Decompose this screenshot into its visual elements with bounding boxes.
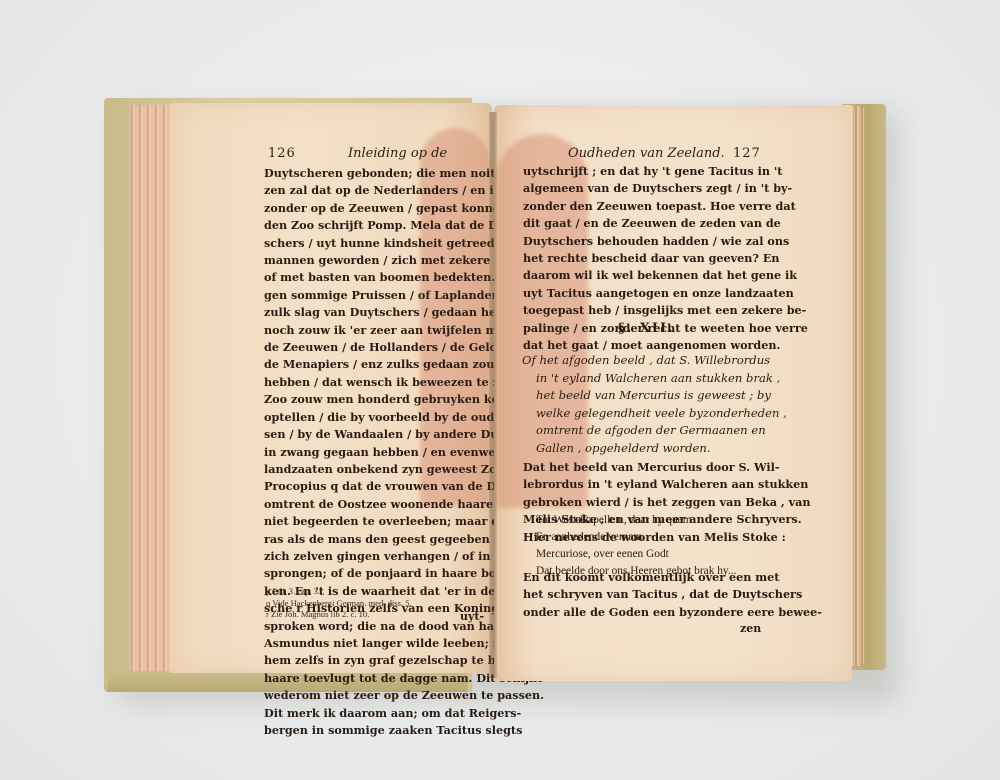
- page-block-edges-left: [130, 105, 174, 671]
- footnote: q Vide Hackenbergi German. med. diss. 5.: [266, 598, 412, 610]
- text-line: gen sommige Pruissen / of Laplanders / o…: [264, 287, 486, 304]
- text-line: Duytschers behouden hadden / wie zal ons: [523, 233, 759, 250]
- text-line: Asmundus niet langer wilde leeben; maar …: [264, 635, 486, 652]
- left-page-body: Duytscheren gebonden; die men noit bewij…: [264, 165, 486, 739]
- title-line: in 't eyland Walcheren aan stukken brak …: [522, 370, 787, 388]
- text-line: den Zoo schrijft Pomp. Mela dat de Duyt-: [264, 217, 486, 234]
- text-line: zen zal dat op de Nederlanders / en in '…: [264, 182, 486, 199]
- text-line: zonder op de Zeeuwen / gepast konnen wor…: [264, 200, 486, 217]
- text-line: uyt Tacitus aangetogen en onze landzaate…: [523, 285, 759, 302]
- footnote: r Zie Joh. Magnus lib 2. c. 10.: [266, 609, 412, 621]
- title-line: Gallen , opgehelderd worden.: [522, 440, 787, 458]
- text-line: mannen geworden / zich met zekere rokken: [264, 252, 486, 269]
- right-catchword: zen: [740, 622, 761, 635]
- title-line: het beeld van Mercurius is geweest ; by: [522, 387, 787, 405]
- text-line: het rechte bescheid daar van geeven? En: [523, 250, 759, 267]
- text-line: lebrordus in 't eyland Walcheren aan stu…: [523, 476, 759, 493]
- verse-line: Tot West-Kapellen , daar hy quam: [536, 512, 736, 529]
- text-line: Dat het beeld van Mercurius door S. Wil-: [523, 459, 759, 476]
- text-line: algemeen van de Duytschers zegt / in 't …: [523, 180, 759, 197]
- section-number: §. XII.: [618, 321, 675, 336]
- text-line: daarom wil ik wel bekennen dat het gene …: [523, 267, 759, 284]
- text-line: niet begeerden te overleeben; maar dat z…: [264, 513, 486, 530]
- text-line: En dit koomt volkomentlijk over een met: [523, 569, 759, 586]
- left-footnotes: p Lib. 3. cap. 3. q Vide Hackenbergi Ger…: [266, 586, 412, 621]
- text-line: in zwang gegaan hebben / en evenwel by o…: [264, 444, 486, 461]
- text-line: gebroken wierd / is het zeggen van Beka …: [523, 494, 759, 511]
- title-line: welke gelegendheit veele byzonderheden ,: [522, 405, 787, 423]
- title-line: Of het afgoden beeld , dat S. Willebrord…: [522, 352, 787, 370]
- title-line: omtrent de afgoden der Germaanen en: [522, 422, 787, 440]
- text-line: dit gaat / en de Zeeuwen de zeden van de: [523, 215, 759, 232]
- text-line: omtrent de Oostzee woonende haare mannen: [264, 496, 486, 513]
- left-catchword: uyt-: [460, 610, 484, 623]
- text-line: Dit merk ik daarom aan; om dat Reigers-: [264, 705, 486, 722]
- text-line: de Zeeuwen / de Hollanders / de Geldersc…: [264, 339, 486, 356]
- text-line: Zoo zouw men honderd gebruyken konnen: [264, 391, 486, 408]
- right-page-number: 127: [733, 146, 761, 161]
- text-line: of met basten van boomen bedekten. Dat m…: [264, 269, 486, 286]
- text-line: landzaaten onbekend zyn geweest Zoo schr…: [264, 461, 486, 478]
- text-line: haare toevlugt tot de dagge nam. Dit sch…: [264, 670, 486, 687]
- text-line: toegepast heb / insgelijks met een zeker…: [523, 302, 759, 319]
- text-line: bergen in sommige zaaken Tacitus slegts: [264, 722, 486, 739]
- text-line: noch zouw ik 'er zeer aan twijfelen maar…: [264, 322, 486, 339]
- left-running-head: Inleiding op de: [348, 146, 447, 161]
- text-line: schers / uyt hunne kindsheit getreeden e…: [264, 235, 486, 252]
- left-page-number: 126: [268, 146, 296, 161]
- section-title: Of het afgoden beeld , dat S. Willebrord…: [522, 352, 787, 458]
- text-line: zich zelven gingen verhangen / of in 't …: [264, 548, 486, 565]
- text-line: onder alle de Goden een byzondere eere b…: [523, 604, 759, 621]
- book-gutter: [489, 112, 497, 678]
- footnote: p Lib. 3. cap. 3.: [266, 586, 412, 598]
- text-line: uytschrijft ; en dat hy 't gene Tacitus …: [523, 163, 759, 180]
- text-line: de Menapiers / enz zulks gedaan zouden: [264, 356, 486, 373]
- text-line: hem zelfs in zyn graf gezelschap te houd…: [264, 652, 486, 669]
- text-line: zonder den Zeeuwen toepast. Hoe verre da…: [523, 198, 759, 215]
- text-line: zulk slag van Duytschers / gedaan hebben…: [264, 304, 486, 321]
- text-line: ras als de mans den geest gegeeben hadde…: [264, 531, 486, 548]
- right-running-head: Oudheden van Zeeland.: [568, 146, 725, 161]
- text-line: sen / by de Wandaalen / by andere Duytsc…: [264, 426, 486, 443]
- text-line: sprongen; of de ponjaard in haare borste…: [264, 565, 486, 582]
- text-line: wederom niet zeer op de Zeeuwen te passe…: [264, 687, 486, 704]
- verse-line: Mercuriose, over eenen Godt: [536, 546, 736, 563]
- right-page-body-bottom: En dit koomt volkomentlijk over een met …: [523, 569, 759, 621]
- text-line: Procopius q dat de vrouwen van de Duytsc…: [264, 478, 486, 495]
- verse-line: En aanbedende vernam: [536, 529, 736, 546]
- text-line: Duytscheren gebonden; die men noit bewij…: [264, 165, 486, 182]
- text-line: hebben / dat wensch ik beweezen te zien: [264, 374, 486, 391]
- text-line: optellen / die by voorbeeld by de oude P…: [264, 409, 486, 426]
- text-line: het schryven van Tacitus , dat de Duytsc…: [523, 586, 759, 603]
